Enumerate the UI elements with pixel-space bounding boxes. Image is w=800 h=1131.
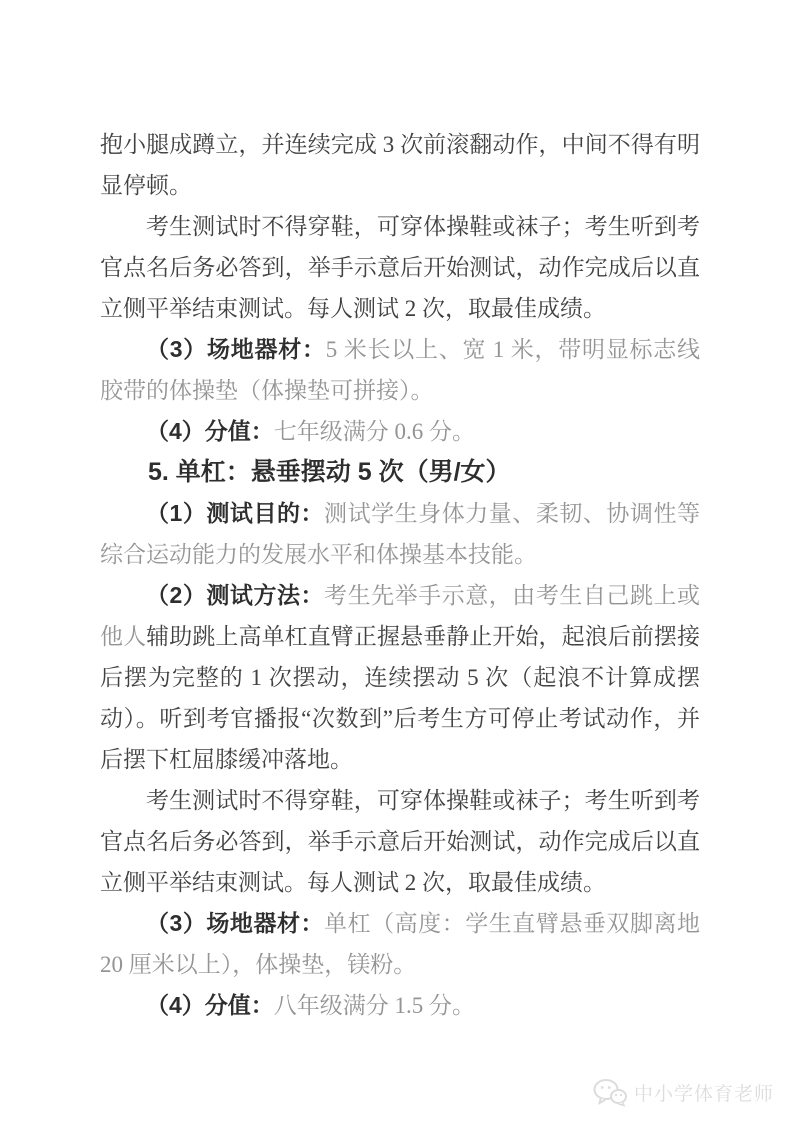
item-label-score: （4）分值： [146,418,274,444]
item-label-test-method: （2）测试方法： [146,582,324,608]
paragraph-venue-equipment-7th: （3）场地器材：5 米长以上、宽 1 米，带明显标志线胶带的体操垫（体操垫可拼接… [100,329,700,411]
wechat-icon [593,1078,627,1107]
paragraph-test-purpose: （1）测试目的：测试学生身体力量、柔韧、协调性等综合运动能力的发展水平和体操基本… [100,493,700,575]
paragraph-continuation: 抱小腿成蹲立，并连续完成 3 次前滚翻动作，中间不得有明显停顿。 [100,124,700,206]
watermark: 中小学体育老师 [593,1078,774,1107]
paragraph-venue-equipment-8th: （3）场地器材：单杠（高度：学生直臂悬垂双脚离地 20 厘米以上），体操垫，镁粉… [100,903,700,985]
item-text-score-8th: 八年级满分 1.5 分。 [274,993,475,1018]
watermark-text: 中小学体育老师 [634,1079,774,1106]
item-label-test-purpose: （1）测试目的： [146,500,324,526]
section-heading-horizontal-bar: 5. 单杠：悬垂摆动 5 次（男/女） [100,452,700,493]
paragraph-test-method: （2）测试方法：考生先举手示意，由考生自己跳上或他人辅助跳上高单杠直臂正握悬垂静… [100,575,700,780]
paragraph-test-rules-7th: 考生测试时不得穿鞋，可穿体操鞋或袜子；考生听到考官点名后务必答到，举手示意后开始… [100,206,700,329]
document-content: 抱小腿成蹲立，并连续完成 3 次前滚翻动作，中间不得有明显停顿。 考生测试时不得… [100,124,700,1026]
paragraph-test-rules-8th: 考生测试时不得穿鞋，可穿体操鞋或袜子；考生听到考官点名后务必答到，举手示意后开始… [100,780,700,903]
item-label-venue-equipment: （3）场地器材： [146,336,326,362]
item-label-score-8th: （4）分值： [146,992,274,1018]
item-label-venue-equipment-8th: （3）场地器材： [146,910,324,936]
item-text-score: 七年级满分 0.6 分。 [274,419,475,444]
document-page: 抱小腿成蹲立，并连续完成 3 次前滚翻动作，中间不得有明显停顿。 考生测试时不得… [0,0,800,1131]
item-text-test-method-body: 辅助跳上高单杠直臂正握悬垂静止开始，起浪后前摆接后摆为完整的 1 次摆动，连续摆… [100,624,700,772]
paragraph-score-7th: （4）分值：七年级满分 0.6 分。 [100,411,700,452]
paragraph-score-8th: （4）分值：八年级满分 1.5 分。 [100,985,700,1026]
